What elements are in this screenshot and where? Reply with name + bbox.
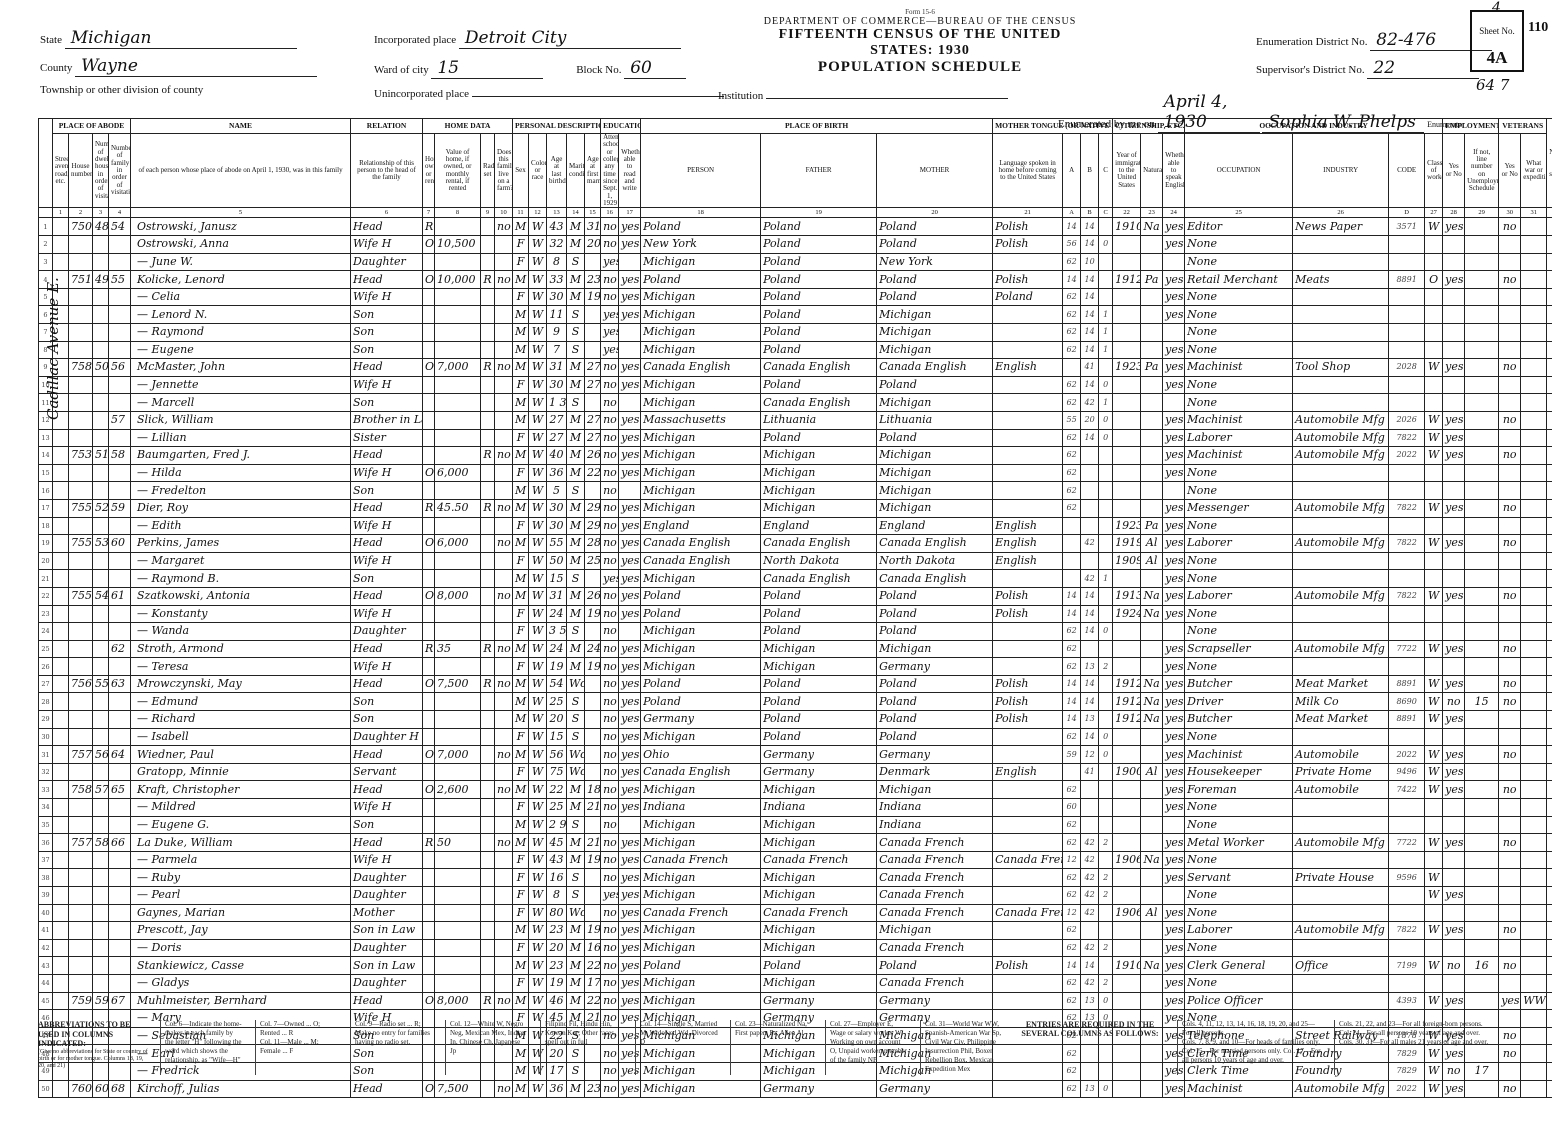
line-number: 36	[39, 834, 53, 852]
house-number-cell: 7518	[69, 271, 93, 289]
person-name-cell: — June W.	[131, 253, 351, 271]
speaks-english-cell	[1163, 623, 1185, 641]
mother-birthplace-cell: Poland	[877, 728, 993, 746]
person-name-cell: La Duke, William	[131, 834, 351, 852]
dwelling-number-cell	[93, 640, 109, 658]
street-cell	[53, 658, 69, 676]
code-a-cell: 62	[1063, 623, 1081, 641]
family-number-cell: 58	[109, 447, 131, 465]
line-number: 24	[39, 623, 53, 641]
unemployment-line-cell	[1465, 922, 1499, 940]
code-c-cell: 0	[1099, 992, 1113, 1010]
dwelling-number-cell	[93, 411, 109, 429]
ward-label: Ward of city	[374, 64, 429, 76]
line-number: 44	[39, 974, 53, 992]
line-number-right: 6	[1547, 306, 1552, 324]
column-number: 7	[423, 208, 435, 218]
code-c-cell	[1099, 288, 1113, 306]
relation-cell: Son	[351, 306, 423, 324]
school-cell: no	[601, 640, 619, 658]
relation-cell: Head	[351, 499, 423, 517]
occupation-code-cell: 9596	[1389, 869, 1425, 887]
mother-birthplace-cell: Michigan	[877, 394, 993, 412]
relation-cell: Son	[351, 570, 423, 588]
home-owned-cell	[423, 816, 435, 834]
war-cell	[1521, 447, 1547, 465]
industry-cell: Automobile Mfg	[1293, 640, 1389, 658]
immigration-year-cell	[1113, 324, 1141, 342]
code-c-cell	[1099, 482, 1113, 500]
occupation-code-cell	[1389, 570, 1425, 588]
home-value-cell	[435, 799, 481, 817]
home-value-cell: 7,500	[435, 675, 481, 693]
house-number-cell	[69, 728, 93, 746]
dwelling-number-cell: 50	[93, 359, 109, 377]
birthplace-cell: Michigan	[641, 623, 761, 641]
immigration-year-cell	[1113, 799, 1141, 817]
home-value-cell	[435, 763, 481, 781]
col23-note: Col. 23—Naturalized Na, First papers Pa,…	[730, 1020, 813, 1075]
dwelling-number-cell	[93, 236, 109, 254]
occupation-cell: Machinist	[1185, 411, 1293, 429]
home-owned-cell	[423, 623, 435, 641]
column-number: 14	[567, 208, 585, 218]
age-cell: 50	[547, 552, 567, 570]
mother-tongue-cell	[993, 324, 1063, 342]
mother-tongue-cell	[993, 640, 1063, 658]
school-cell: no	[601, 447, 619, 465]
house-number-cell: 7586	[69, 359, 93, 377]
column-number: 32	[1547, 208, 1552, 218]
home-owned-cell	[423, 869, 435, 887]
sex-cell: M	[513, 411, 529, 429]
birthplace-cell: Michigan	[641, 640, 761, 658]
home-owned-cell	[423, 376, 435, 394]
line-number-right: 9	[1547, 359, 1552, 377]
farm-cell	[495, 711, 513, 729]
home-owned-cell	[423, 447, 435, 465]
unemployment-line-cell	[1465, 816, 1499, 834]
veteran-cell	[1499, 728, 1521, 746]
farm-cell	[495, 799, 513, 817]
unemployment-line-cell	[1465, 535, 1499, 553]
age-cell: 27	[547, 411, 567, 429]
mother-birthplace-cell: Poland	[877, 605, 993, 623]
veterans-group-header: VETERANS	[1499, 119, 1547, 134]
house-number-cell	[69, 974, 93, 992]
father-birthplace-cell: Michigan	[761, 869, 877, 887]
naturalization-cell	[1141, 253, 1163, 271]
radio-cell	[481, 341, 495, 359]
table-row: 10— JennetteWife HFW30M27noyesMichiganPo…	[39, 376, 1552, 394]
col7-text: Col. 7—Owned ... O; Rented ... R	[260, 1020, 338, 1038]
column-number: 24	[1163, 208, 1185, 218]
code-a-cell	[1063, 763, 1081, 781]
department-title: DEPARTMENT OF COMMERCE—BUREAU OF THE CEN…	[760, 16, 1080, 27]
home-value-cell	[435, 429, 481, 447]
mother-tongue-cell: English	[993, 763, 1063, 781]
speaks-english-cell: yes	[1163, 992, 1185, 1010]
farm-cell	[495, 658, 513, 676]
war-cell	[1521, 535, 1547, 553]
read-write-cell: yes	[619, 834, 641, 852]
birthplace-cell: Michigan	[641, 570, 761, 588]
industry-cell: Automobile Mfg	[1293, 499, 1389, 517]
radio-cell	[481, 851, 495, 869]
relation-cell: Daughter	[351, 253, 423, 271]
person-name-cell: Kolicke, Lenord	[131, 271, 351, 289]
family-number-cell: 56	[109, 359, 131, 377]
col6-note: Col. 6—Indicate the home-maker in each f…	[160, 1020, 243, 1075]
table-row: 175004854Ostrowski, JanuszHeadRnoMW43M31…	[39, 218, 1552, 236]
home-owned-cell	[423, 341, 435, 359]
relation-cell: Head	[351, 640, 423, 658]
marital-cell: S	[567, 887, 585, 905]
farm-cell	[495, 411, 513, 429]
table-row: 23— KonstantyWife HFW24M19noyesPolandPol…	[39, 605, 1552, 623]
war-cell	[1521, 359, 1547, 377]
naturalization-cell	[1141, 781, 1163, 799]
dwelling-number-cell: 53	[93, 535, 109, 553]
mother-birthplace-cell: North Dakota	[877, 552, 993, 570]
mother-birthplace-cell: Canada French	[877, 939, 993, 957]
occupation-cell: Driver	[1185, 693, 1293, 711]
father-birthplace-cell: Indiana	[761, 799, 877, 817]
person-name-cell: Stroth, Armond	[131, 640, 351, 658]
person-name-cell: Gratopp, Minnie	[131, 763, 351, 781]
table-row: 29— RichardSonMW20SnoyesGermanyPolandPol…	[39, 711, 1552, 729]
code-c-cell	[1099, 517, 1113, 535]
code-b-cell: 14	[1081, 728, 1099, 746]
industry-cell	[1293, 939, 1389, 957]
employed-cell: yes	[1443, 887, 1465, 905]
radio-cell	[481, 517, 495, 535]
war-cell	[1521, 394, 1547, 412]
industry-cell	[1293, 570, 1389, 588]
occupation-cell: None	[1185, 605, 1293, 623]
code-a-cell	[1063, 359, 1081, 377]
birthplace-cell: Poland	[641, 675, 761, 693]
column-number: 4	[109, 208, 131, 218]
home-value-cell	[435, 851, 481, 869]
line-number-right: 35	[1547, 816, 1552, 834]
read-write-cell: yes	[619, 535, 641, 553]
read-write-cell	[619, 482, 641, 500]
school-cell: no	[601, 834, 619, 852]
school-col-header: Attended school or college any time sinc…	[601, 134, 619, 208]
speaks-english-cell: yes	[1163, 517, 1185, 535]
column-number: 13	[547, 208, 567, 218]
farm-cell	[495, 869, 513, 887]
code-c-cell: 0	[1099, 623, 1113, 641]
industry-cell	[1293, 482, 1389, 500]
age-cell: 1 3/12	[547, 394, 567, 412]
family-number-cell	[109, 341, 131, 359]
school-cell: yes	[601, 570, 619, 588]
unemployment-line-cell	[1465, 271, 1499, 289]
mother-tongue-cell: Polish	[993, 675, 1063, 693]
speaks-english-cell: yes	[1163, 447, 1185, 465]
relation-cell: Brother in Law	[351, 411, 423, 429]
age-first-marriage-cell: 27	[585, 411, 601, 429]
occupation-code-cell	[1389, 658, 1425, 676]
line-number-right: 27	[1547, 675, 1552, 693]
age-first-marriage-cell: 21	[585, 799, 601, 817]
industry-cell	[1293, 992, 1389, 1010]
unemployment-line-cell	[1465, 517, 1499, 535]
radio-cell	[481, 887, 495, 905]
sex-cell: M	[513, 675, 529, 693]
code-a-cell	[1063, 570, 1081, 588]
occupation-cell: None	[1185, 799, 1293, 817]
line-number: 30	[39, 728, 53, 746]
father-birthplace-cell: Poland	[761, 429, 877, 447]
mother-birthplace-cell: Indiana	[877, 799, 993, 817]
code-c-cell	[1099, 253, 1113, 271]
unemployment-line-cell	[1465, 675, 1499, 693]
father-birthplace-cell: Michigan	[761, 834, 877, 852]
school-cell: no	[601, 746, 619, 764]
class-worker-cell: W	[1425, 957, 1443, 975]
relation-cell: Son	[351, 711, 423, 729]
industry-cell	[1293, 605, 1389, 623]
home-value-cell	[435, 253, 481, 271]
read-write-cell: yes	[619, 693, 641, 711]
mother-birthplace-cell: Canada English	[877, 359, 993, 377]
table-row: 3675765866La Duke, WilliamHeadR50noMW45M…	[39, 834, 1552, 852]
employed-cell: yes	[1443, 640, 1465, 658]
code-c-cell	[1099, 499, 1113, 517]
person-name-cell: Ostrowski, Anna	[131, 236, 351, 254]
race-cell: W	[529, 728, 547, 746]
employed-cell	[1443, 517, 1465, 535]
table-row: 5— CeliaWife HFW30M19noyesMichiganPoland…	[39, 288, 1552, 306]
veteran-cell	[1499, 517, 1521, 535]
house-number-cell	[69, 799, 93, 817]
birthplace-cell: Michigan	[641, 324, 761, 342]
family-number-cell	[109, 728, 131, 746]
unemployment-line-cell	[1465, 376, 1499, 394]
ed-label: Enumeration District No.	[1256, 36, 1368, 48]
family-number-cell: 63	[109, 675, 131, 693]
class-worker-cell: W	[1425, 359, 1443, 377]
line-number-right: 19	[1547, 535, 1552, 553]
age-cell: 27	[547, 429, 567, 447]
radio-cell	[481, 711, 495, 729]
veteran-cell	[1499, 341, 1521, 359]
race-cell: W	[529, 799, 547, 817]
column-number: 11	[513, 208, 529, 218]
marital-cell: M	[567, 447, 585, 465]
line-number-right: 12	[1547, 411, 1552, 429]
occupation-cell: None	[1185, 974, 1293, 992]
home-owned-cell: O	[423, 781, 435, 799]
person-name-cell: Szatkowski, Antonia	[131, 587, 351, 605]
relation-cell: Wife H	[351, 799, 423, 817]
dwelling-number-cell	[93, 851, 109, 869]
birthplace-cell: Michigan	[641, 939, 761, 957]
ward-value: 15	[431, 58, 543, 79]
home-owned-cell: O	[423, 359, 435, 377]
birthplace-cell: Michigan	[641, 447, 761, 465]
column-number: 10	[495, 208, 513, 218]
farm-cell: no	[495, 447, 513, 465]
read-write-cell: yes	[619, 763, 641, 781]
immigration-year-cell	[1113, 1080, 1141, 1098]
occupation-code-cell: 7722	[1389, 640, 1425, 658]
mother-tongue-cell	[993, 1080, 1063, 1098]
read-write-cell: yes	[619, 429, 641, 447]
radio-cell	[481, 376, 495, 394]
age-cell: 54	[547, 675, 567, 693]
table-row: 43Stankiewicz, CasseSon in LawMW23M22noy…	[39, 957, 1552, 975]
naturalization-cell	[1141, 834, 1163, 852]
radio-cell	[481, 288, 495, 306]
immigration-year-cell: 1923	[1113, 359, 1141, 377]
sex-cell: M	[513, 218, 529, 236]
code-a-cell: 62	[1063, 306, 1081, 324]
veteran-cell	[1499, 763, 1521, 781]
industry-cell	[1293, 816, 1389, 834]
race-cell: W	[529, 324, 547, 342]
occupation-code-cell	[1389, 482, 1425, 500]
code-b-cell: 42	[1081, 974, 1099, 992]
relation-cell: Head	[351, 1080, 423, 1098]
race-cell: W	[529, 253, 547, 271]
house-number-cell	[69, 253, 93, 271]
house-number-cell: 7554½	[69, 535, 93, 553]
code-b-cell	[1081, 552, 1099, 570]
class-worker-cell	[1425, 728, 1443, 746]
person-name-cell: — Pearl	[131, 887, 351, 905]
code-b-cell: 42	[1081, 869, 1099, 887]
table-row: 35— Eugene G.SonMW2 9/12SnoMichiganMichi…	[39, 816, 1552, 834]
sex-cell: M	[513, 711, 529, 729]
class-worker-cell: W	[1425, 746, 1443, 764]
birthplace-cell: England	[641, 517, 761, 535]
street-cell	[53, 693, 69, 711]
race-cell: W	[529, 376, 547, 394]
war-cell	[1521, 781, 1547, 799]
veteran-cell: no	[1499, 1080, 1521, 1098]
mother-birthplace-cell: Poland	[877, 711, 993, 729]
unemployment-line-cell	[1465, 306, 1499, 324]
table-row: 37— ParmelaWife HFW43M19noyesCanada Fren…	[39, 851, 1552, 869]
radio-cell	[481, 587, 495, 605]
sex-cell: M	[513, 499, 529, 517]
race-cell: W	[529, 394, 547, 412]
sex-cell: M	[513, 834, 529, 852]
family-number-cell: 64	[109, 746, 131, 764]
mother-tongue-cell	[993, 781, 1063, 799]
read-write-cell	[619, 253, 641, 271]
house-number-cell	[69, 236, 93, 254]
employed-cell	[1443, 552, 1465, 570]
employed-cell: yes	[1443, 834, 1465, 852]
population-schedule-table: PLACE OF ABODE NAME RELATION HOME DATA P…	[38, 118, 1552, 1098]
mother-birthplace-cell: Canada French	[877, 887, 993, 905]
employed-cell	[1443, 939, 1465, 957]
line-number-right: 23	[1547, 605, 1552, 623]
marital-cell: M	[567, 411, 585, 429]
code-a-cell: 62	[1063, 376, 1081, 394]
speaks-english-cell: yes	[1163, 957, 1185, 975]
marital-cell: Wd	[567, 763, 585, 781]
sex-cell: M	[513, 781, 529, 799]
speaks-english-cell: yes	[1163, 552, 1185, 570]
sd-label: Supervisor's District No.	[1256, 64, 1365, 76]
race-cell: W	[529, 447, 547, 465]
line-number-right: 1	[1547, 218, 1552, 236]
relation-cell: Son	[351, 394, 423, 412]
occupation-code-cell	[1389, 341, 1425, 359]
employed-cell	[1443, 570, 1465, 588]
read-write-cell: yes	[619, 376, 641, 394]
read-write-cell: yes	[619, 992, 641, 1010]
family-number-cell: 61	[109, 587, 131, 605]
father-birthplace-cell: Canada English	[761, 394, 877, 412]
line-number: 22	[39, 587, 53, 605]
code-b-cell: 14	[1081, 271, 1099, 289]
occupation-code-cell: 3571	[1389, 218, 1425, 236]
code-b-cell	[1081, 499, 1099, 517]
naturalization-cell	[1141, 394, 1163, 412]
mother-tongue-cell	[993, 746, 1063, 764]
industry-cell: Automobile Mfg	[1293, 922, 1389, 940]
veteran-col-header: Yes or No	[1499, 134, 1521, 208]
table-row: 1775505259Dier, RoyHeadR45.50RnoMW30M29n…	[39, 499, 1552, 517]
occupation-col-header: OCCUPATION	[1185, 134, 1293, 208]
occupation-code-cell: 7722	[1389, 834, 1425, 852]
read-write-cell: yes	[619, 218, 641, 236]
age-cell: 30	[547, 376, 567, 394]
relation-cell: Son	[351, 816, 423, 834]
code-b-cell	[1081, 922, 1099, 940]
column-number: 16	[601, 208, 619, 218]
incorporated-value: Detroit City	[459, 28, 681, 49]
school-cell: no	[601, 359, 619, 377]
class-worker-cell	[1425, 799, 1443, 817]
occupation-code-cell	[1389, 939, 1425, 957]
occupation-cell: Laborer	[1185, 429, 1293, 447]
mother-tongue-cell	[993, 341, 1063, 359]
person-name-cell: Dier, Roy	[131, 499, 351, 517]
war-cell	[1521, 922, 1547, 940]
person-name-cell: — Marcell	[131, 394, 351, 412]
ward-field: Ward of city 15 Block No. 60	[374, 58, 686, 79]
industry-cell	[1293, 394, 1389, 412]
occupation-code-cell	[1389, 904, 1425, 922]
code-b-cell: 13	[1081, 711, 1099, 729]
occupation-cell: Machinist	[1185, 447, 1293, 465]
sex-cell: F	[513, 552, 529, 570]
person-name-cell: — Konstanty	[131, 605, 351, 623]
line-number: 1	[39, 218, 53, 236]
age-cell: 30	[547, 499, 567, 517]
home-value-cell	[435, 482, 481, 500]
war-cell	[1521, 834, 1547, 852]
relation-col-header: Relationship of this person to the head …	[351, 134, 423, 208]
read-write-cell: yes	[619, 781, 641, 799]
class-worker-cell	[1425, 658, 1443, 676]
code-c-cell: 1	[1099, 341, 1113, 359]
marital-cell: S	[567, 394, 585, 412]
veteran-cell	[1499, 552, 1521, 570]
code-b-cell: 14	[1081, 306, 1099, 324]
mother-birthplace-cell: Germany	[877, 992, 993, 1010]
sex-cell: F	[513, 236, 529, 254]
marital-cell: Wd	[567, 746, 585, 764]
